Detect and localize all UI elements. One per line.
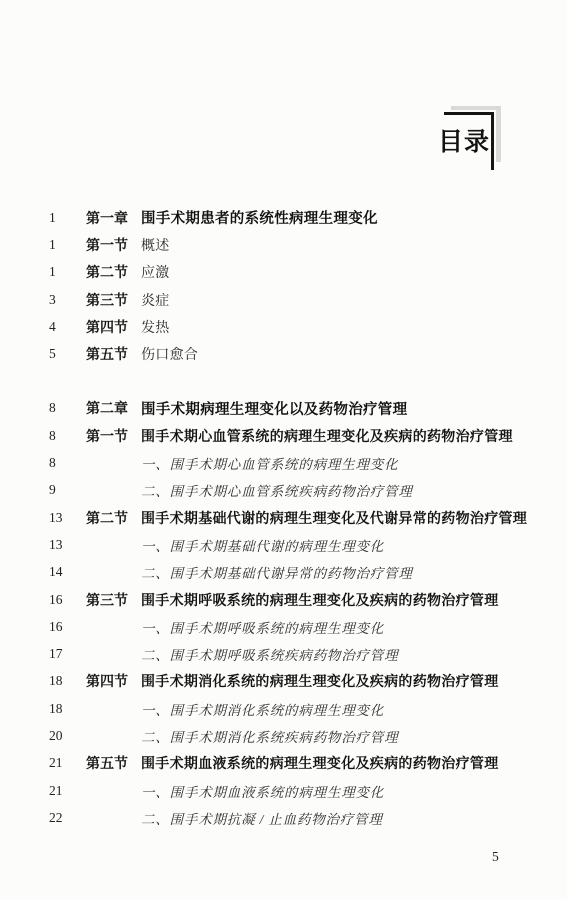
toc-list: 1 第一章 围手术期患者的系统性病理生理变化 1 第一节 概述 1 第二节 应激… [0, 204, 567, 832]
toc-entry: 16 一、围手术期呼吸系统的病理生理变化 [0, 613, 567, 640]
entry-label: 第一章 [86, 208, 141, 228]
entry-title: 概述 [141, 235, 567, 255]
entry-page-number: 9 [49, 482, 86, 498]
toc-entry: 16 第三节 围手术期呼吸系统的病理生理变化及疾病的药物治疗管理 [0, 586, 567, 613]
entry-label: 第二节 [86, 262, 141, 282]
entry-title: 应激 [141, 262, 567, 282]
entry-title: 围手术期基础代谢的病理生理变化及代谢异常的药物治疗管理 [141, 508, 567, 528]
entry-page-number: 4 [49, 319, 86, 335]
entry-page-number: 13 [49, 510, 86, 526]
entry-label: 第二节 [86, 508, 141, 528]
entry-page-number: 14 [49, 564, 86, 580]
toc-entry: 14 二、围手术期基础代谢异常的药物治疗管理 [0, 559, 567, 586]
entry-page-number: 5 [49, 346, 86, 362]
toc-entry: 3 第三节 炎症 [0, 286, 567, 313]
toc-entry: 8 第一节 围手术期心血管系统的病理生理变化及疾病的药物治疗管理 [0, 422, 567, 449]
toc-entry: 21 第五节 围手术期血液系统的病理生理变化及疾病的药物治疗管理 [0, 750, 567, 777]
toc-entry: 18 一、围手术期消化系统的病理生理变化 [0, 695, 567, 722]
toc-entry: 20 二、围手术期消化系统疾病药物治疗管理 [0, 722, 567, 749]
entry-page-number: 18 [49, 701, 86, 717]
entry-label: 第三节 [86, 290, 141, 310]
entry-title: 发热 [141, 317, 567, 337]
toc-entry: 4 第四节 发热 [0, 313, 567, 340]
entry-page-number: 16 [49, 619, 86, 635]
entry-title: 二、围手术期抗凝 / 止血药物治疗管理 [141, 808, 567, 828]
entry-title: 一、围手术期基础代谢的病理生理变化 [141, 535, 567, 555]
entry-page-number: 1 [49, 237, 86, 253]
toc-entry: 1 第二节 应激 [0, 259, 567, 286]
entry-title: 围手术期呼吸系统的病理生理变化及疾病的药物治疗管理 [141, 590, 567, 610]
entry-page-number: 1 [49, 210, 86, 226]
entry-page-number: 8 [49, 455, 86, 471]
entry-title: 围手术期病理生理变化以及药物治疗管理 [141, 398, 567, 419]
toc-entry: 22 二、围手术期抗凝 / 止血药物治疗管理 [0, 804, 567, 831]
entry-page-number: 21 [49, 783, 86, 799]
entry-title: 二、围手术期消化系统疾病药物治疗管理 [141, 726, 567, 746]
entry-label: 第三节 [86, 590, 141, 610]
page-title: 目录 [438, 122, 490, 158]
entry-title: 二、围手术期心血管系统疾病药物治疗管理 [141, 480, 567, 500]
toc-entry: 9 二、围手术期心血管系统疾病药物治疗管理 [0, 477, 567, 504]
entry-page-number: 1 [49, 264, 86, 280]
toc-entry: 1 第一节 概述 [0, 231, 567, 258]
entry-page-number: 16 [49, 592, 86, 608]
entry-page-number: 3 [49, 292, 86, 308]
entry-page-number: 22 [49, 810, 86, 826]
toc-entry: 1 第一章 围手术期患者的系统性病理生理变化 [0, 204, 567, 231]
toc-entry: 13 一、围手术期基础代谢的病理生理变化 [0, 531, 567, 558]
entry-title: 伤口愈合 [141, 344, 567, 364]
entry-page-number: 20 [49, 728, 86, 744]
entry-label: 第五节 [86, 344, 141, 364]
entry-label: 第四节 [86, 317, 141, 337]
entry-page-number: 8 [49, 400, 86, 416]
toc-page: 目录 1 第一章 围手术期患者的系统性病理生理变化 1 第一节 概述 1 第二节… [0, 0, 567, 900]
entry-page-number: 13 [49, 537, 86, 553]
entry-title: 一、围手术期呼吸系统的病理生理变化 [141, 617, 567, 637]
block-spacer [0, 368, 567, 395]
toc-entry: 13 第二节 围手术期基础代谢的病理生理变化及代谢异常的药物治疗管理 [0, 504, 567, 531]
toc-entry: 8 第二章 围手术期病理生理变化以及药物治疗管理 [0, 395, 567, 422]
entry-title: 炎症 [141, 290, 567, 310]
entry-title: 二、围手术期呼吸系统疾病药物治疗管理 [141, 644, 567, 664]
entry-title: 围手术期心血管系统的病理生理变化及疾病的药物治疗管理 [141, 426, 567, 446]
entry-label: 第一节 [86, 426, 141, 446]
entry-page-number: 8 [49, 428, 86, 444]
entry-label: 第四节 [86, 671, 141, 691]
entry-title: 一、围手术期血液系统的病理生理变化 [141, 781, 567, 801]
toc-entry: 8 一、围手术期心血管系统的病理生理变化 [0, 449, 567, 476]
entry-page-number: 21 [49, 755, 86, 771]
toc-entry: 17 二、围手术期呼吸系统疾病药物治疗管理 [0, 640, 567, 667]
entry-page-number: 17 [49, 646, 86, 662]
entry-label: 第五节 [86, 753, 141, 773]
entry-title: 围手术期血液系统的病理生理变化及疾病的药物治疗管理 [141, 753, 567, 773]
toc-entry: 5 第五节 伤口愈合 [0, 340, 567, 367]
entry-title: 围手术期患者的系统性病理生理变化 [141, 207, 567, 228]
entry-title: 一、围手术期消化系统的病理生理变化 [141, 699, 567, 719]
toc-entry: 18 第四节 围手术期消化系统的病理生理变化及疾病的药物治疗管理 [0, 668, 567, 695]
toc-entry: 21 一、围手术期血液系统的病理生理变化 [0, 777, 567, 804]
entry-page-number: 18 [49, 673, 86, 689]
entry-title: 一、围手术期心血管系统的病理生理变化 [141, 453, 567, 473]
entry-label: 第一节 [86, 235, 141, 255]
entry-label: 第二章 [86, 398, 141, 418]
page-number: 5 [492, 849, 499, 865]
entry-title: 围手术期消化系统的病理生理变化及疾病的药物治疗管理 [141, 671, 567, 691]
entry-title: 二、围手术期基础代谢异常的药物治疗管理 [141, 562, 567, 582]
